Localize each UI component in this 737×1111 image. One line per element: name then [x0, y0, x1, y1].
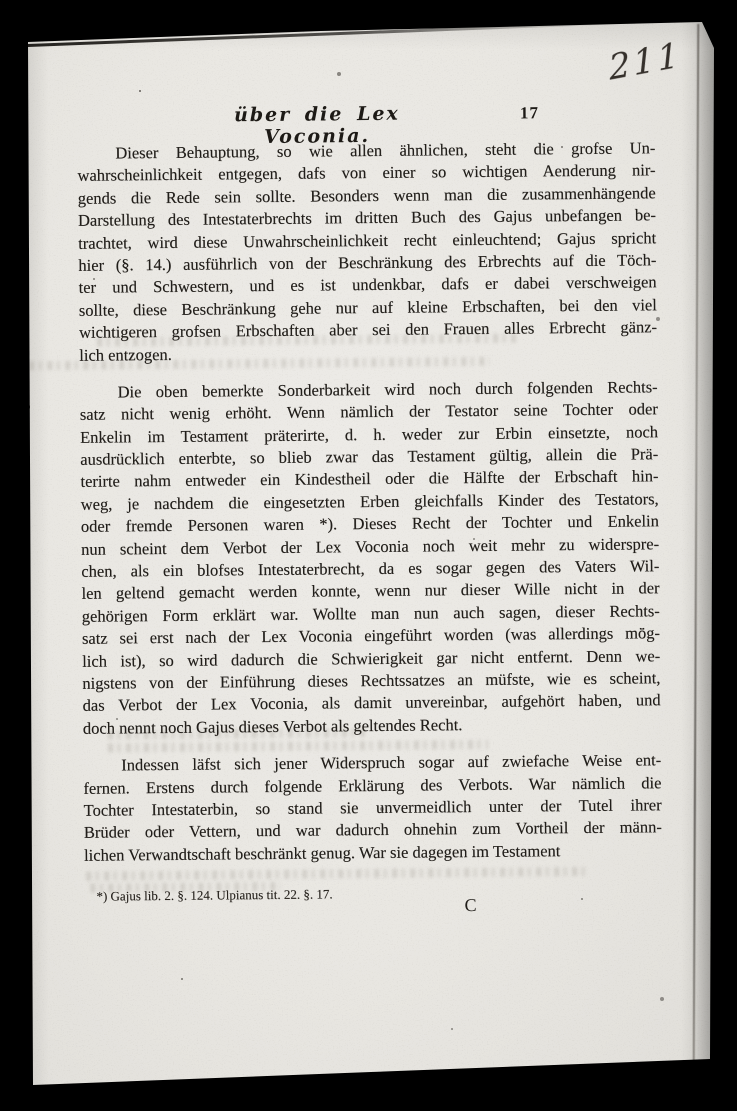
paragraph: Indessen läfst sich jener Widerspruch so… [83, 749, 662, 866]
text-line: lichen Verwandtschaft beschränkt genug. … [84, 839, 662, 867]
footnote: *) Gajus lib. 2. §. 124. Ulpianus tit. 2… [96, 885, 516, 905]
page-right-edge-shadow [694, 18, 716, 1088]
scanned-page: 211 über die Lex Voconia. 17 Dieser Beha… [21, 18, 716, 1088]
text-line: lich entzogen. [79, 339, 657, 367]
page-header: über die Lex Voconia. 17 [17, 100, 712, 133]
bleed-through-smudge [86, 867, 586, 881]
paragraph: Dieser Behauptung, so wie allen ähnliche… [77, 137, 657, 366]
text-line: doch nennt noch Gajus dieses Verbot als … [83, 712, 661, 740]
page-top-edge-shadow [18, 21, 618, 47]
page-number: 17 [520, 103, 539, 123]
signature-mark: C [464, 895, 477, 916]
paper-specks [21, 18, 23, 20]
handwritten-folio-number: 211 [608, 39, 683, 87]
body-text: Dieser Behauptung, so wie allen ähnliche… [77, 137, 662, 867]
paragraph: Die oben bemerkte Sonderbarkeit wird noc… [79, 376, 660, 740]
page-content: 211 über die Lex Voconia. 17 Dieser Beha… [16, 15, 721, 1092]
